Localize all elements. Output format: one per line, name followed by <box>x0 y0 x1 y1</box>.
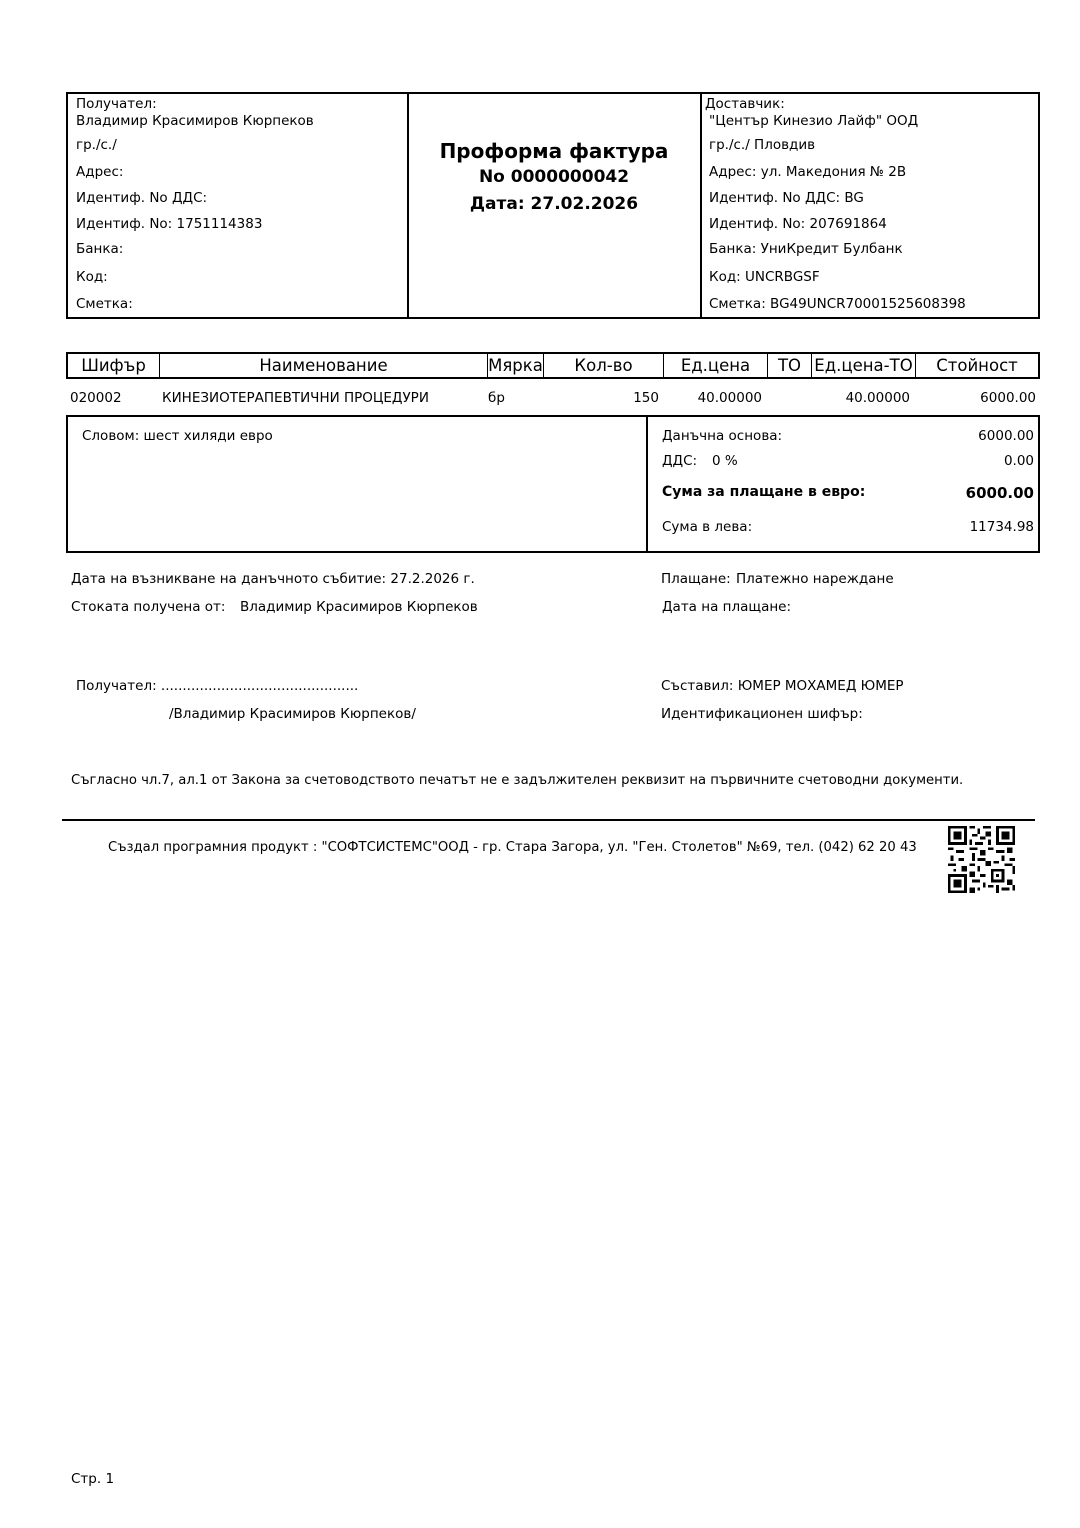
tax-base-label: Данъчна основа: <box>662 428 782 444</box>
document-title: Проформа фактура <box>408 138 700 164</box>
column-header-unit-price: Ед.цена <box>664 354 768 377</box>
supplier-city: гр./с./ Пловдив <box>709 139 815 153</box>
composed-by: Съставил: ЮМЕР МОХАМЕД ЮМЕР <box>661 678 904 694</box>
payment-date-label: Дата на плащане: <box>662 599 791 615</box>
vat-label: ДДС: <box>662 453 697 469</box>
item-unit: бр <box>488 390 505 406</box>
tax-base-value: 6000.00 <box>978 428 1034 444</box>
column-header-name: Наименование <box>160 354 488 377</box>
vat-rate: 0 % <box>712 453 738 469</box>
amount-bgn-value: 11734.98 <box>970 519 1034 535</box>
column-header-net-price: Ед.цена-ТО <box>812 354 916 377</box>
recipient-bank: Банка: <box>76 243 123 257</box>
supplier-account: Сметка: BG49UNCR70001525608398 <box>709 298 966 312</box>
recipient-signature-name: /Владимир Красимиров Кюрпеков/ <box>169 706 416 722</box>
legal-note: Съгласно чл.7, ал.1 от Закона за счетово… <box>71 773 963 788</box>
document-title-block: Проформа фактура No 0000000042 Дата: 27.… <box>408 138 700 218</box>
column-header-total: Стойност <box>916 354 1038 377</box>
recipient-signature-line: Получател: .............................… <box>76 678 358 694</box>
payment-label: Плащане: <box>661 571 731 587</box>
amount-bgn-label: Сума в лева: <box>662 519 752 535</box>
header-divider-right <box>700 94 702 317</box>
item-qty: 150 <box>633 390 659 406</box>
column-header-unit: Мярка <box>488 354 544 377</box>
payment-method: Платежно нареждане <box>736 571 894 587</box>
supplier-id: Идентиф. No: 207691864 <box>709 218 887 232</box>
supplier-bank: Банка: УниКредит Булбанк <box>709 243 903 257</box>
recipient-vat-id: Идентиф. No ДДС: <box>76 192 207 206</box>
column-header-qty: Кол-во <box>544 354 664 377</box>
amount-in-words: Словом: шест хиляди евро <box>82 428 273 444</box>
item-name: КИНЕЗИОТЕРАПЕВТИЧНИ ПРОЦЕДУРИ <box>162 390 429 406</box>
footer-rule <box>62 819 1035 821</box>
qr-code-icon <box>948 826 1015 893</box>
amount-due-value: 6000.00 <box>966 484 1034 502</box>
received-by-label: Стоката получена от: <box>71 599 225 615</box>
recipient-code: Код: <box>76 271 108 285</box>
supplier-address: Адрес: ул. Македония № 2В <box>709 166 906 180</box>
supplier-code: Код: UNCRBGSF <box>709 271 820 285</box>
item-unit-price: 40.00000 <box>698 390 762 406</box>
tax-event-date: Дата на възникване на данъчното събитие:… <box>71 571 475 587</box>
item-net-price: 40.00000 <box>846 390 910 406</box>
software-producer: Създал програмния продукт : "СОФТСИСТЕМС… <box>108 840 917 855</box>
recipient-address: Адрес: <box>76 166 123 180</box>
items-table-header: Шифър Наименование Мярка Кол-во Ед.цена … <box>66 352 1040 379</box>
item-code: 020002 <box>70 390 122 406</box>
totals-divider <box>646 417 648 551</box>
table-row: 020002 КИНЕЗИОТЕРАПЕВТИЧНИ ПРОЦЕДУРИ бр … <box>66 388 1040 408</box>
supplier-heading: Доставчик: <box>705 98 785 112</box>
column-header-discount: ТО <box>768 354 812 377</box>
item-total: 6000.00 <box>980 390 1036 406</box>
totals-box: Словом: шест хиляди евро Данъчна основа:… <box>66 415 1040 553</box>
recipient-name: Владимир Красимиров Кюрпеков <box>76 115 314 129</box>
document-number: No 0000000042 <box>408 164 700 191</box>
amount-due-label: Сума за плащане в евро: <box>662 484 865 500</box>
recipient-account: Сметка: <box>76 298 133 312</box>
document-date: Дата: 27.02.2026 <box>408 191 700 218</box>
page-number: Стр. 1 <box>71 1471 114 1487</box>
recipient-city: гр./с./ <box>76 139 117 153</box>
supplier-vat-id: Идентиф. No ДДС: BG <box>709 192 864 206</box>
vat-amount: 0.00 <box>1004 453 1034 469</box>
received-by-name: Владимир Красимиров Кюрпеков <box>240 599 478 615</box>
invoice-header: Получател: Владимир Красимиров Кюрпеков … <box>66 92 1040 319</box>
id-code-label: Идентификационен шифър: <box>661 706 863 722</box>
supplier-name: "Център Кинезио Лайф" ООД <box>709 115 918 129</box>
column-header-code: Шифър <box>68 354 160 377</box>
recipient-id: Идентиф. No: 1751114383 <box>76 218 262 232</box>
recipient-heading: Получател: <box>76 98 157 112</box>
